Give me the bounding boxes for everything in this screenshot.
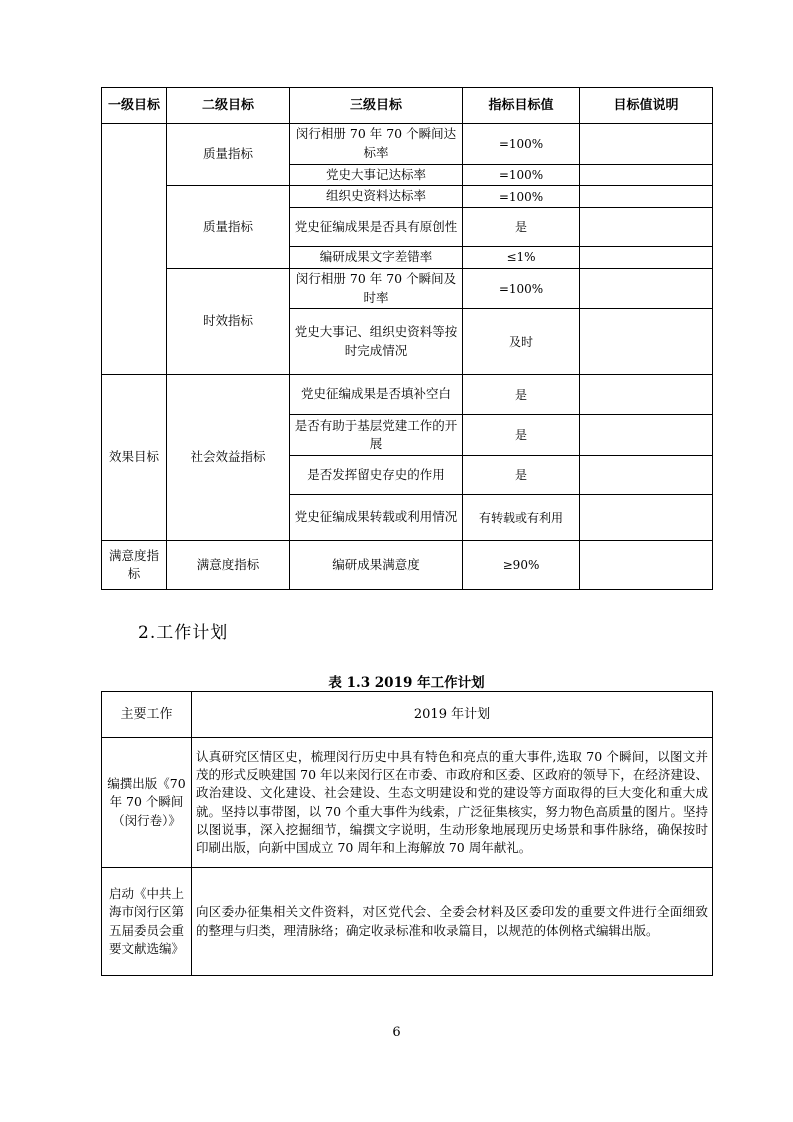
l3-cell: 党史大事记、组织史资料等按时完成情况 bbox=[290, 309, 463, 375]
level1-blank-cell bbox=[102, 124, 167, 375]
value-cell: 是 bbox=[463, 375, 580, 415]
plan-cell: 认真研究区情区史，梳理闵行历史中具有特色和亮点的重大事件,选取 70 个瞬间，以… bbox=[192, 738, 713, 868]
l3-cell: 党史大事记达标率 bbox=[290, 164, 463, 186]
header-level3-goal: 三级目标 bbox=[290, 88, 463, 124]
header-level1-goal: 一级目标 bbox=[102, 88, 167, 124]
document-page: 一级目标 二级目标 三级目标 指标目标值 目标值说明 质量指标 闵行相册 70 … bbox=[0, 0, 793, 1122]
level2-social-benefit-cell: 社会效益指标 bbox=[167, 375, 290, 541]
l3-cell: 组织史资料达标率 bbox=[290, 186, 463, 208]
note-cell bbox=[580, 164, 713, 186]
value-cell: 是 bbox=[463, 415, 580, 456]
plan-cell: 向区委办征集相关文件资料，对区党代会、全委会材料及区委印发的重要文件进行全面细致… bbox=[192, 868, 713, 976]
table-row: 满意度指标 满意度指标 编研成果满意度 ≥90% bbox=[102, 541, 713, 590]
table-row: 时效指标 闵行相册 70 年 70 个瞬间及时率 =100% bbox=[102, 268, 713, 309]
header-main-work: 主要工作 bbox=[102, 692, 192, 738]
header-level2-goal: 二级目标 bbox=[167, 88, 290, 124]
value-cell: 是 bbox=[463, 208, 580, 247]
page-number: 6 bbox=[0, 1025, 793, 1040]
value-cell: =100% bbox=[463, 186, 580, 208]
note-cell bbox=[580, 208, 713, 247]
goals-table: 一级目标 二级目标 三级目标 指标目标值 目标值说明 质量指标 闵行相册 70 … bbox=[101, 87, 713, 590]
l3-cell: 编研成果满意度 bbox=[290, 541, 463, 590]
l3-cell: 编研成果文字差错率 bbox=[290, 247, 463, 269]
note-cell bbox=[580, 186, 713, 208]
note-cell bbox=[580, 415, 713, 456]
l3-cell: 是否发挥留史存史的作用 bbox=[290, 456, 463, 495]
plan-header-row: 主要工作 2019 年计划 bbox=[102, 692, 713, 738]
level2-quality2-cell: 质量指标 bbox=[167, 186, 290, 269]
level2-quality1-cell: 质量指标 bbox=[167, 124, 290, 186]
note-cell bbox=[580, 456, 713, 495]
note-cell bbox=[580, 375, 713, 415]
note-cell bbox=[580, 268, 713, 309]
note-cell bbox=[580, 309, 713, 375]
value-cell: =100% bbox=[463, 124, 580, 165]
level2-satisfaction-cell: 满意度指标 bbox=[167, 541, 290, 590]
value-cell: ≥90% bbox=[463, 541, 580, 590]
header-2019-plan: 2019 年计划 bbox=[192, 692, 713, 738]
plan-row: 启动《中共上海市闵行区第五届委员会重要文献选编》 向区委办征集相关文件资料，对区… bbox=[102, 868, 713, 976]
plan-table: 主要工作 2019 年计划 编撰出版《70 年 70 个瞬间（闵行卷）》 认真研… bbox=[101, 691, 713, 976]
task-cell: 编撰出版《70 年 70 个瞬间（闵行卷）》 bbox=[102, 738, 192, 868]
table-row: 质量指标 组织史资料达标率 =100% bbox=[102, 186, 713, 208]
note-cell bbox=[580, 124, 713, 165]
table-row: 效果目标 社会效益指标 党史征编成果是否填补空白 是 bbox=[102, 375, 713, 415]
value-cell: 有转载或有利用 bbox=[463, 495, 580, 541]
l3-cell: 党史征编成果是否填补空白 bbox=[290, 375, 463, 415]
note-cell bbox=[580, 495, 713, 541]
value-cell: =100% bbox=[463, 268, 580, 309]
note-cell bbox=[580, 541, 713, 590]
table-row: 质量指标 闵行相册 70 年 70 个瞬间达标率 =100% bbox=[102, 124, 713, 165]
l3-cell: 闵行相册 70 年 70 个瞬间达标率 bbox=[290, 124, 463, 165]
section-heading: 2.工作计划 bbox=[138, 618, 228, 643]
value-cell: 及时 bbox=[463, 309, 580, 375]
value-cell: =100% bbox=[463, 164, 580, 186]
level1-satisfaction-cell: 满意度指标 bbox=[102, 541, 167, 590]
l3-cell: 闵行相册 70 年 70 个瞬间及时率 bbox=[290, 268, 463, 309]
plan-table-title: 表 1.3 2019 年工作计划 bbox=[101, 671, 712, 691]
header-value-note: 目标值说明 bbox=[580, 88, 713, 124]
l3-cell: 党史征编成果是否具有原创性 bbox=[290, 208, 463, 247]
level2-timeliness-cell: 时效指标 bbox=[167, 268, 290, 375]
task-cell: 启动《中共上海市闵行区第五届委员会重要文献选编》 bbox=[102, 868, 192, 976]
l3-cell: 是否有助于基层党建工作的开展 bbox=[290, 415, 463, 456]
value-cell: ≤1% bbox=[463, 247, 580, 269]
value-cell: 是 bbox=[463, 456, 580, 495]
plan-row: 编撰出版《70 年 70 个瞬间（闵行卷）》 认真研究区情区史，梳理闵行历史中具… bbox=[102, 738, 713, 868]
goals-header-row: 一级目标 二级目标 三级目标 指标目标值 目标值说明 bbox=[102, 88, 713, 124]
note-cell bbox=[580, 247, 713, 269]
level1-effect-cell: 效果目标 bbox=[102, 375, 167, 541]
header-target-value: 指标目标值 bbox=[463, 88, 580, 124]
l3-cell: 党史征编成果转载或利用情况 bbox=[290, 495, 463, 541]
